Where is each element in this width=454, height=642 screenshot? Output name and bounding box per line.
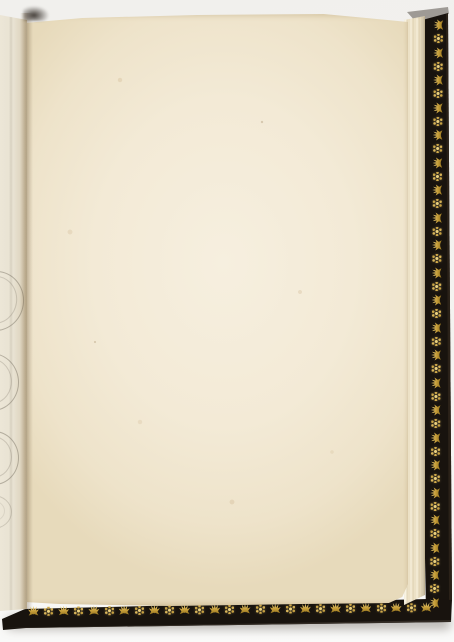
gutter-shadow <box>20 13 33 609</box>
blank-book-page <box>25 14 408 606</box>
pencil-sketch-circle <box>0 431 19 485</box>
book-photograph <box>0 0 454 642</box>
gutter-smudge <box>23 6 49 21</box>
